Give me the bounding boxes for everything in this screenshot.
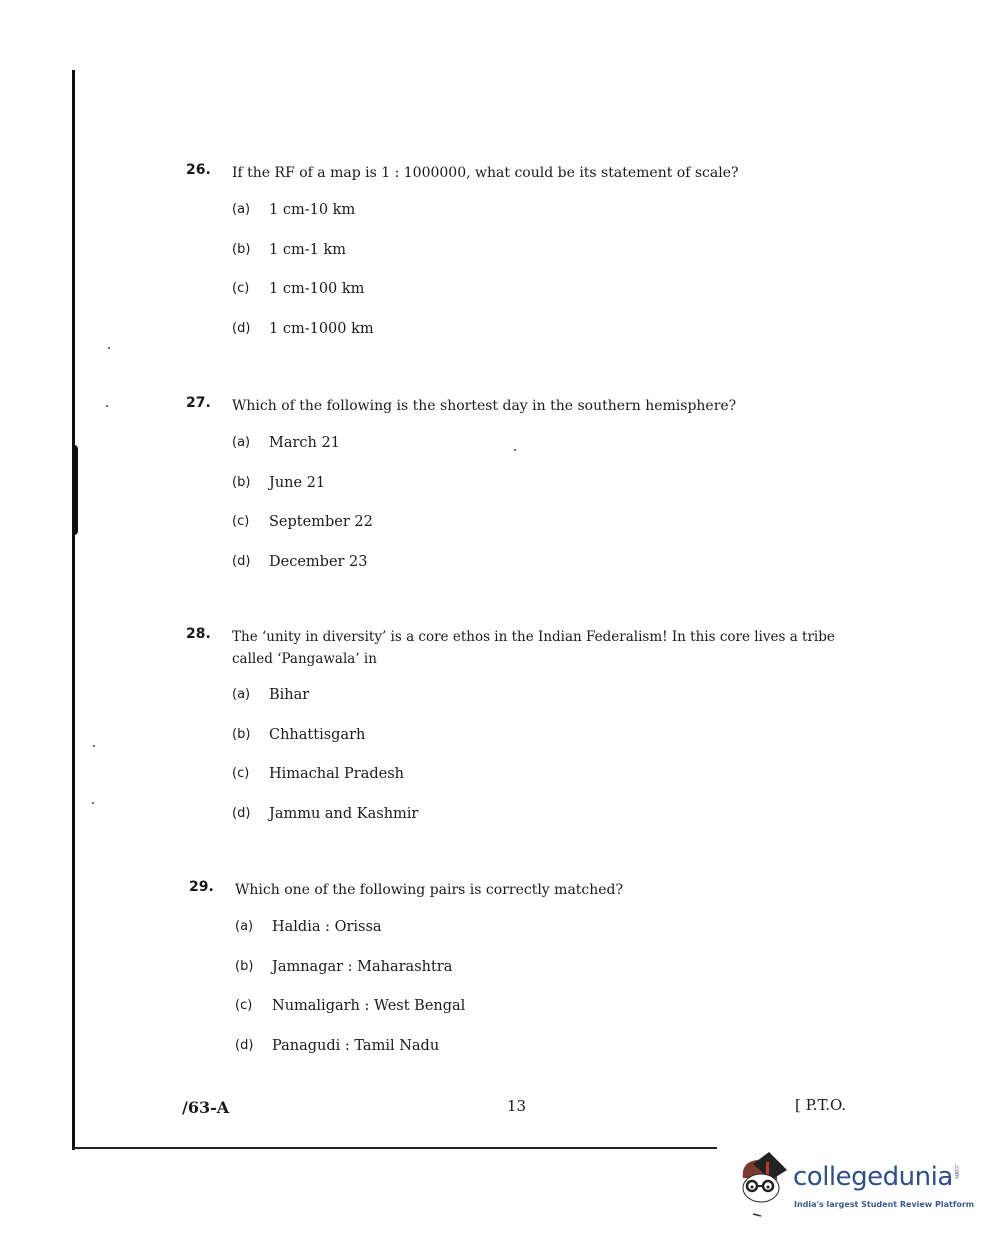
page-margin-rule <box>72 70 75 1150</box>
question-28: 28. The ‘unity in diversity’ is a core e… <box>186 626 836 845</box>
option-label: (d) <box>235 1038 253 1053</box>
question-27: 27. Which of the following is the shorte… <box>186 395 826 593</box>
option-text: 1 cm-1 km <box>269 242 346 258</box>
question-text: If the RF of a map is 1 : 1000000, what … <box>232 162 826 184</box>
option-text: Panagudi : Tamil Nadu <box>272 1038 439 1054</box>
scan-speck <box>106 405 108 407</box>
collegedunia-logo: collegedunia .com India's largest Studen… <box>735 1150 965 1220</box>
scan-speck <box>93 745 95 747</box>
question-text: The ‘unity in diversity’ is a core ethos… <box>232 626 836 670</box>
option-c: (c)September 22 <box>232 514 826 554</box>
question-number: 27. <box>186 395 211 411</box>
option-text: Bihar <box>269 687 309 703</box>
question-29: 29. Which one of the following pairs is … <box>189 879 829 1077</box>
option-label: (d) <box>232 554 250 569</box>
option-b: (b)1 cm-1 km <box>232 242 826 282</box>
option-label: (b) <box>232 242 250 257</box>
question-number: 28. <box>186 626 211 642</box>
brand-tagline: India's largest Student Review Platform <box>794 1200 974 1209</box>
option-a: (a)Bihar <box>232 687 836 727</box>
page-bottom-rule <box>72 1147 717 1149</box>
option-a: (a)1 cm-10 km <box>232 202 826 242</box>
option-c: (c)Himachal Pradesh <box>232 766 836 806</box>
question-text: Which one of the following pairs is corr… <box>235 879 829 901</box>
option-d: (d)1 cm-1000 km <box>232 321 826 361</box>
scan-speck <box>92 802 94 804</box>
option-label: (d) <box>232 806 250 821</box>
question-number: 29. <box>189 879 214 895</box>
brand-domain: .com <box>953 1164 960 1179</box>
question-26: 26. If the RF of a map is 1 : 1000000, w… <box>186 162 826 360</box>
brand-name: collegedunia <box>793 1162 953 1192</box>
option-label: (a) <box>235 919 253 934</box>
option-text: Haldia : Orissa <box>272 919 382 935</box>
option-text: December 23 <box>269 554 368 570</box>
option-d: (d)Panagudi : Tamil Nadu <box>235 1038 829 1078</box>
option-label: (a) <box>232 687 250 702</box>
option-label: (b) <box>232 475 250 490</box>
option-label: (d) <box>232 321 250 336</box>
option-text: 1 cm-100 km <box>269 281 364 297</box>
student-mascot-icon <box>735 1150 795 1220</box>
option-a: (a)March 21 <box>232 435 826 475</box>
option-label: (c) <box>235 998 252 1013</box>
question-text: Which of the following is the shortest d… <box>232 395 826 417</box>
option-text: March 21 <box>269 435 340 451</box>
option-b: (b)June 21 <box>232 475 826 515</box>
option-text: Jamnagar : Maharashtra <box>272 959 452 975</box>
option-d: (d)Jammu and Kashmir <box>232 806 836 846</box>
option-a: (a)Haldia : Orissa <box>235 919 829 959</box>
option-d: (d)December 23 <box>232 554 826 594</box>
option-b: (b)Jamnagar : Maharashtra <box>235 959 829 999</box>
option-text: 1 cm-10 km <box>269 202 355 218</box>
option-text: Himachal Pradesh <box>269 766 404 782</box>
option-text: Numaligarh : West Bengal <box>272 998 465 1014</box>
option-label: (a) <box>232 202 250 217</box>
option-c: (c)1 cm-100 km <box>232 281 826 321</box>
option-c: (c)Numaligarh : West Bengal <box>235 998 829 1038</box>
option-text: June 21 <box>269 475 325 491</box>
scan-speck <box>108 347 110 349</box>
scan-artifact <box>72 445 78 535</box>
option-b: (b)Chhattisgarh <box>232 727 836 767</box>
option-text: 1 cm-1000 km <box>269 321 374 337</box>
page-number: 13 <box>507 1097 526 1115</box>
option-text: September 22 <box>269 514 373 530</box>
option-label: (c) <box>232 766 249 781</box>
question-number: 26. <box>186 162 211 178</box>
option-text: Chhattisgarh <box>269 727 365 743</box>
please-turn-over: [ P.T.O. <box>795 1096 846 1114</box>
option-label: (b) <box>232 727 250 742</box>
option-label: (b) <box>235 959 253 974</box>
option-label: (a) <box>232 435 250 450</box>
option-text: Jammu and Kashmir <box>269 806 418 822</box>
option-label: (c) <box>232 281 249 296</box>
paper-code: /63-A <box>182 1098 229 1117</box>
option-label: (c) <box>232 514 249 529</box>
